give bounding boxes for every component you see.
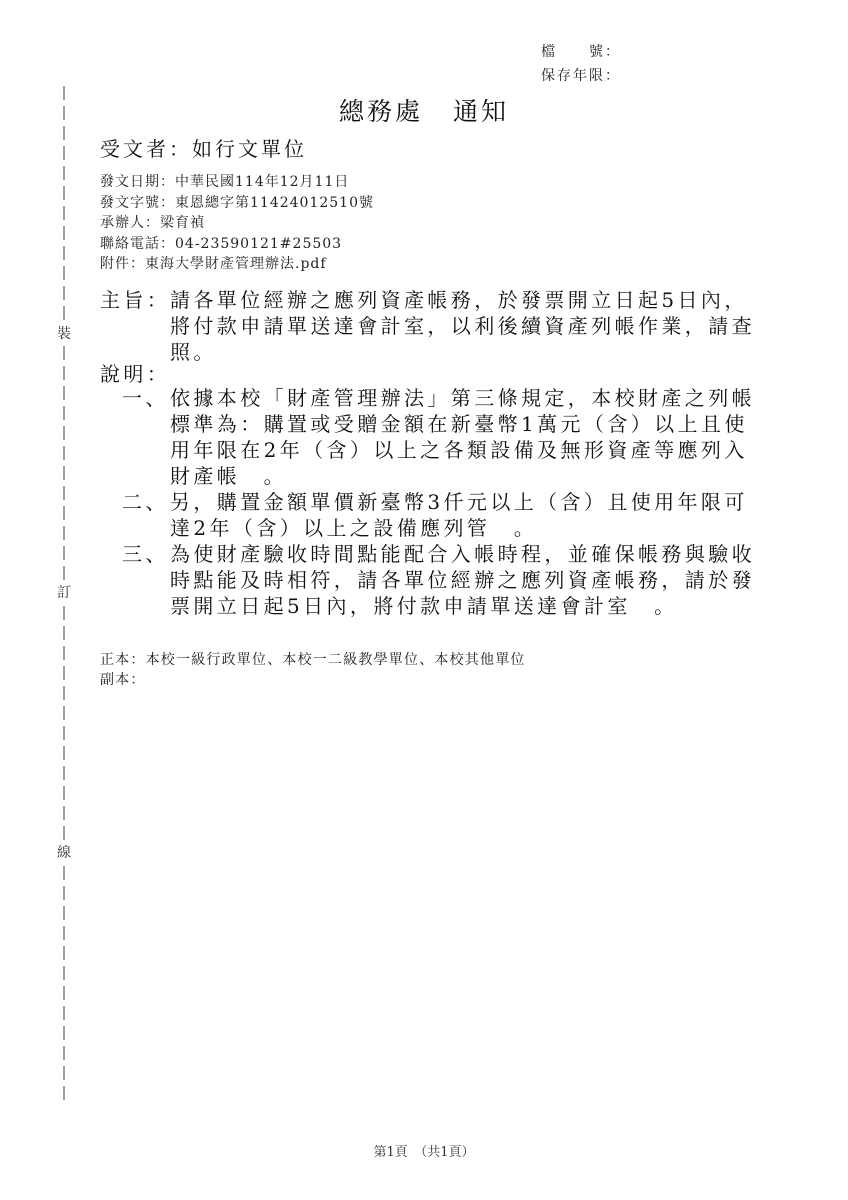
explanation-list: 一、 依據本校「財產管理辦法」第三條規定，本校財產之列帳標準為：購置或受贈金額在… (122, 385, 762, 619)
document-page: 檔 號： 保存年限： 裝 訂 線 總務處通知 受文者：如行文單位 發文日期：中華… (0, 0, 848, 1200)
subject-section: 主旨： 請各單位經辦之應列資產帳務，於發票開立日起5日內，將付款申請單送達會計室… (100, 287, 760, 365)
page-number: 第1頁 （共1頁） (0, 1144, 848, 1162)
document-number: 發文字號：東恩總字第11424012510號 (100, 193, 374, 214)
file-number-label: 檔 號： (541, 40, 621, 64)
title-office: 總務處 (339, 97, 423, 126)
title-doc-type: 通知 (453, 97, 509, 126)
item-number: 一、 (122, 385, 169, 411)
copy-recipients: 副本： (100, 670, 526, 690)
attachment-link[interactable]: 附件：東海大學財產管理辦法.pdf (100, 254, 374, 275)
item-text: 依據本校「財產管理辦法」第三條規定，本校財產之列帳標準為：購置或受贈金額在新臺幣… (170, 385, 762, 489)
page-title: 總務處通知 (0, 96, 848, 128)
retention-period-label: 保存年限： (541, 64, 621, 88)
item-number: 二、 (122, 489, 169, 515)
file-meta: 檔 號： 保存年限： (541, 40, 621, 88)
binding-mark-line: 線 (54, 842, 74, 864)
subject-text: 請各單位經辦之應列資產帳務，於發票開立日起5日內，將付款申請單送達會計室，以利後… (170, 287, 760, 365)
subject-label: 主旨： (100, 287, 170, 313)
handler: 承辦人：梁育禎 (100, 213, 374, 234)
contact-phone: 聯絡電話：04-23590121#25503 (100, 234, 374, 255)
item-text: 為使財產驗收時間點能配合入帳時程，並確保帳務與驗收時點能及時相符，請各單位經辦之… (170, 541, 762, 619)
binding-mark-staple: 訂 (54, 582, 74, 604)
original-recipients: 正本：本校一級行政單位、本校一二級教學單位、本校其他單位 (100, 650, 526, 670)
item-text: 另，購置金額單價新臺幣3仟元以上（含）且使用年限可達2年（含）以上之設備應列管 … (170, 489, 762, 541)
item-number: 三、 (122, 541, 169, 567)
issue-date: 發文日期：中華民國114年12月11日 (100, 172, 374, 193)
recipient: 受文者：如行文單位 (100, 134, 307, 164)
document-meta: 發文日期：中華民國114年12月11日 發文字號：東恩總字第1142401251… (100, 172, 374, 275)
explanation-item: 一、 依據本校「財產管理辦法」第三條規定，本校財產之列帳標準為：購置或受贈金額在… (122, 385, 762, 489)
explanation-label: 說明： (100, 361, 170, 387)
distribution: 正本：本校一級行政單位、本校一二級教學單位、本校其他單位 副本： (100, 650, 526, 690)
binding-mark-bind: 裝 (54, 323, 74, 345)
explanation-item: 三、 為使財產驗收時間點能配合入帳時程，並確保帳務與驗收時點能及時相符，請各單位… (122, 541, 762, 619)
explanation-item: 二、 另，購置金額單價新臺幣3仟元以上（含）且使用年限可達2年（含）以上之設備應… (122, 489, 762, 541)
